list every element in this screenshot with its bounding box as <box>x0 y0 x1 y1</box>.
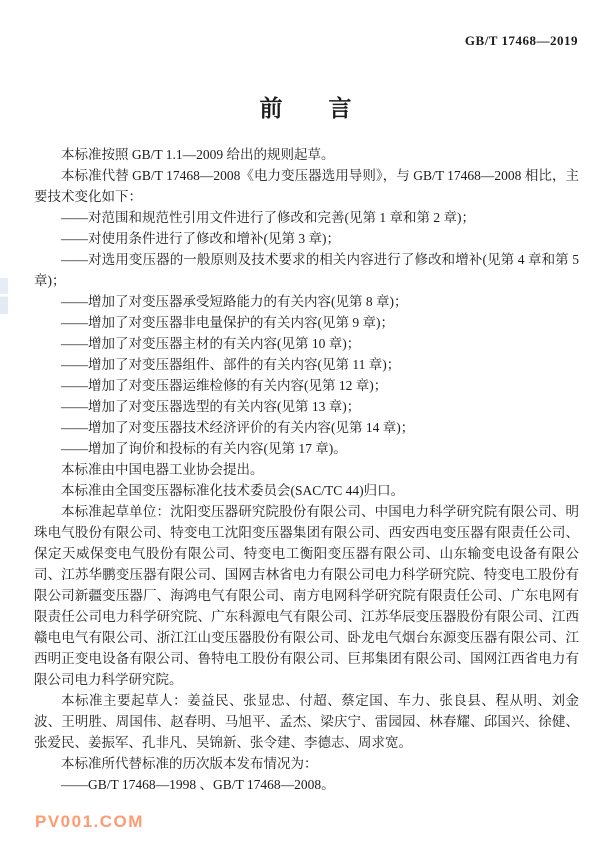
change-list-item: ——增加了对变压器承受短路能力的有关内容(见第 8 章)； <box>34 291 579 312</box>
change-list-item: ——增加了对变压器技术经济评价的有关内容(见第 14 章)； <box>34 417 579 438</box>
drafters-paragraph: 本标准主要起草人：姜益民、张显忠、付超、蔡定国、车力、张良县、程从明、刘金波、王… <box>34 690 579 753</box>
drafting-units-paragraph: 本标准起草单位：沈阳变压器研究院股份有限公司、中国电力科学研究院有限公司、明珠电… <box>34 501 579 690</box>
paragraph: 本标准由中国电器工业协会提出。 <box>34 459 579 480</box>
change-list-item: ——增加了询价和投标的有关内容(见第 17 章)。 <box>34 438 579 459</box>
change-list-item: ——对选用变压器的一般原则及技术要求的相关内容进行了修改和增补(见第 4 章和第… <box>34 249 579 291</box>
site-watermark: PV001.COM <box>35 812 144 832</box>
left-edge-scan-artifact <box>0 278 8 314</box>
paragraph: 本标准所代替标准的历次版本发布情况为： <box>34 753 579 774</box>
change-list-item: ——增加了对变压器选型的有关内容(见第 13 章)； <box>34 396 579 417</box>
foreword-body: 本标准按照 GB/T 1.1—2009 给出的规则起草。 本标准代替 GB/T … <box>34 144 579 795</box>
previous-editions-item: ——GB/T 17468—1998 、GB/T 17468—2008。 <box>34 774 579 795</box>
standard-code: GB/T 17468—2019 <box>465 33 578 49</box>
paragraph: 本标准由全国变压器标准化技术委员会(SAC/TC 44)归口。 <box>34 480 579 501</box>
page-title: 前 言 <box>0 90 611 123</box>
change-list-item: ——对使用条件进行了修改和增补(见第 3 章)； <box>34 228 579 249</box>
change-list-item: ——增加了对变压器非电量保护的有关内容(见第 9 章)； <box>34 312 579 333</box>
change-list-item: ——增加了对变压器运维检修的有关内容(见第 12 章)； <box>34 375 579 396</box>
document-page: GB/T 17468—2019 前 言 本标准按照 GB/T 1.1—2009 … <box>0 0 611 851</box>
change-list-item: ——对范围和规范性引用文件进行了修改和完善(见第 1 章和第 2 章)； <box>34 207 579 228</box>
paragraph: 本标准代替 GB/T 17468—2008《电力变压器选用导则》，与 GB/T … <box>34 165 579 207</box>
paragraph: 本标准按照 GB/T 1.1—2009 给出的规则起草。 <box>34 144 579 165</box>
change-list-item: ——增加了对变压器组件、部件的有关内容(见第 11 章)； <box>34 354 579 375</box>
change-list-item: ——增加了对变压器主材的有关内容(见第 10 章)； <box>34 333 579 354</box>
